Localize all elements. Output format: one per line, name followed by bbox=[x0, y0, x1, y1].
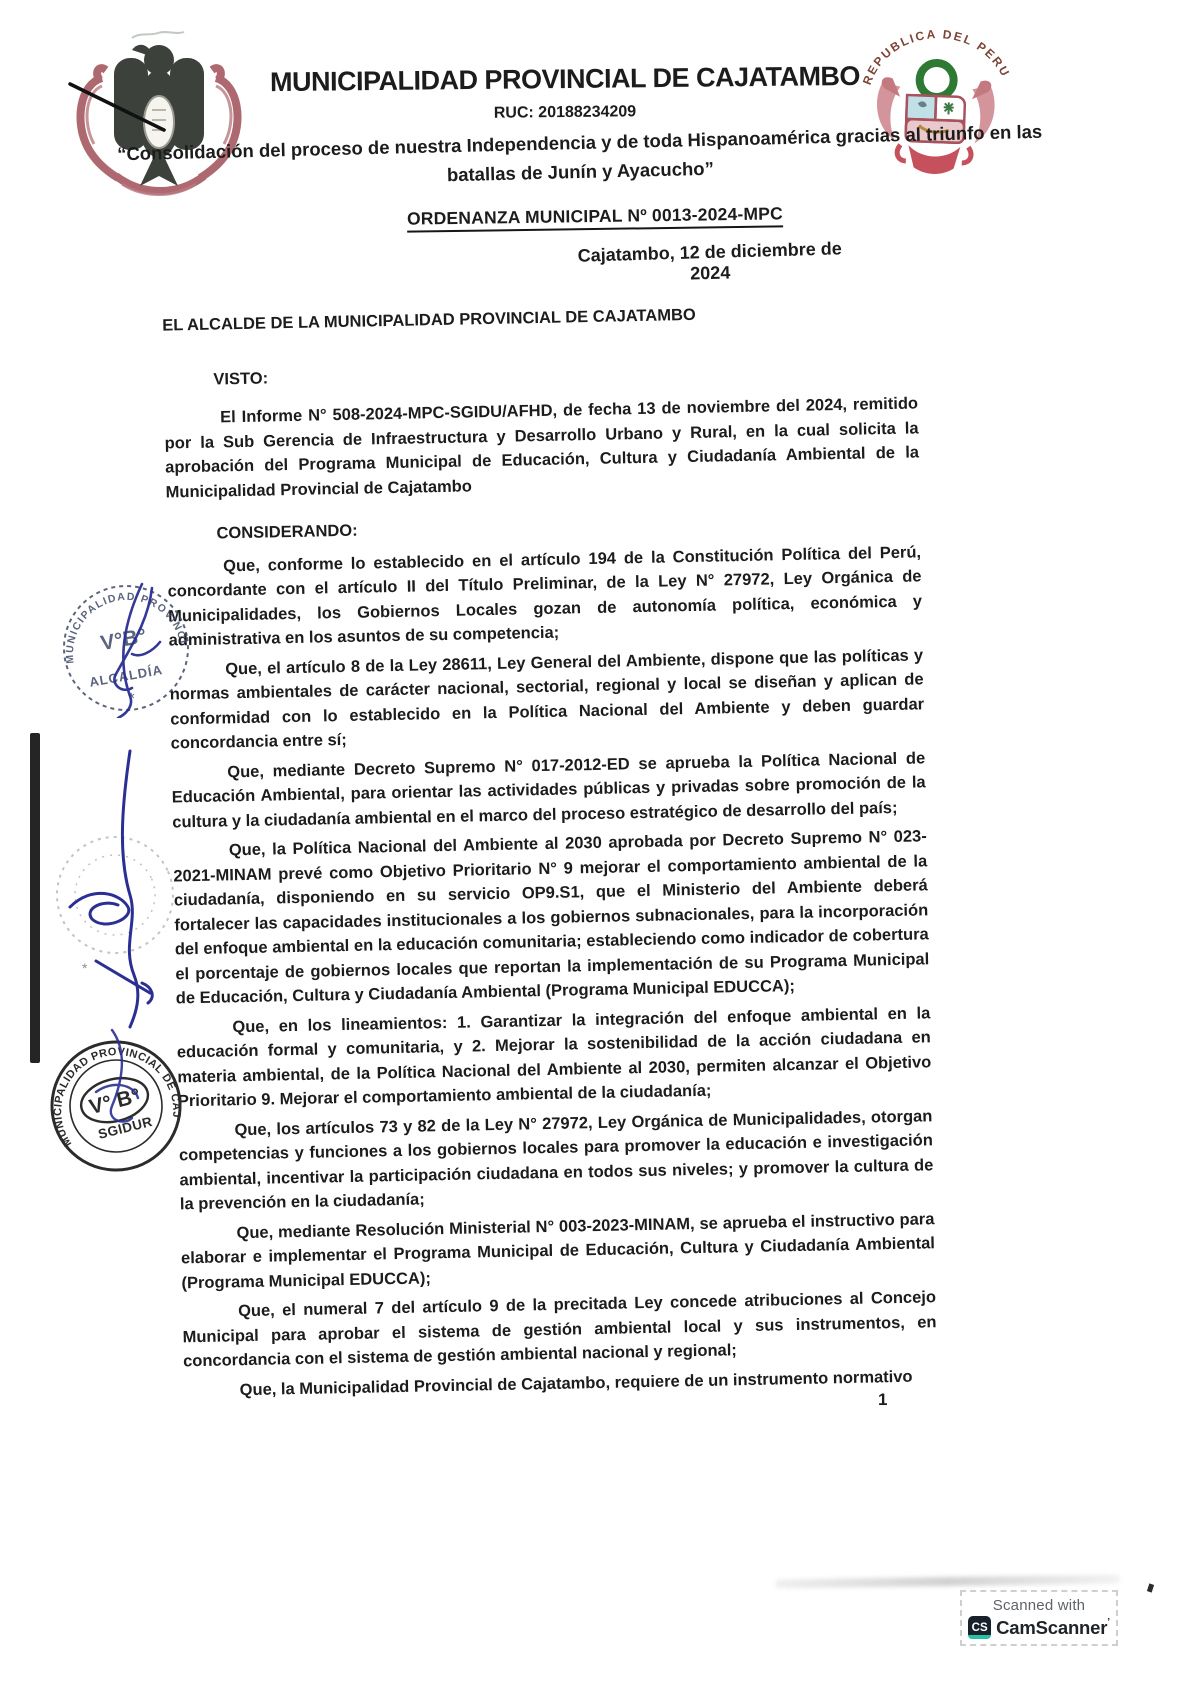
institution-title: MUNICIPALIDAD PROVINCIAL DE CAJATAMBO bbox=[240, 61, 890, 99]
visto-paragraph: El Informe N° 508-2024-MPC-SGIDU/AFHD, d… bbox=[164, 391, 920, 504]
addressee-line: EL ALCALDE DE LA MUNICIPALIDAD PROVINCIA… bbox=[162, 298, 916, 338]
signature-large bbox=[70, 751, 152, 1027]
considerando-paragraph: Que, en los lineamientos: 1. Garantizar … bbox=[176, 1001, 932, 1114]
considerando-paragraph: Que, mediante Resolución Ministerial N° … bbox=[180, 1207, 935, 1296]
camscanner-app-name: CamScanner’ bbox=[996, 1617, 1110, 1639]
faint-stamp-asterisk: * bbox=[82, 960, 88, 976]
ruc-number: RUC: 20188234209 bbox=[240, 101, 890, 126]
scanned-document-page: REPUBLICA DEL PERU MUNICIPALIDAD PROVINC… bbox=[0, 0, 1190, 1684]
dateline: Cajatambo, 12 de diciembre de 2024 bbox=[564, 238, 855, 288]
sgidur-stamp: MUNICIPALIDAD PROVINCIAL DE CAJATAMBO V°… bbox=[42, 1022, 190, 1190]
camscanner-watermark: Scanned with CS CamScanner’ bbox=[960, 1590, 1118, 1646]
scan-smudge-artifact bbox=[775, 1575, 1120, 1589]
scanned-with-label: Scanned with bbox=[993, 1597, 1085, 1614]
camscanner-logo-icon: CS bbox=[968, 1616, 991, 1639]
scan-edge-artifact bbox=[30, 733, 40, 1063]
signature-and-faint-stamp: * bbox=[30, 735, 220, 1035]
ordinance-title: ORDENANZA MUNICIPAL Nº 0013-2024-MPC bbox=[407, 203, 783, 232]
considerando-paragraph: Que, el numeral 7 del artículo 9 de la p… bbox=[182, 1285, 937, 1374]
visto-label: VISTO: bbox=[163, 353, 917, 393]
scan-speck-artifact bbox=[1147, 1583, 1154, 1592]
document-body: EL ALCALDE DE LA MUNICIPALIDAD PROVINCIA… bbox=[162, 298, 938, 1408]
considerando-paragraph: Que, el artículo 8 de la Ley 28611, Ley … bbox=[169, 643, 925, 756]
considerando-paragraph: Que, conforme lo establecido en el artíc… bbox=[167, 540, 923, 653]
page-number: 1 bbox=[878, 1390, 887, 1410]
considerando-label: CONSIDERANDO: bbox=[166, 507, 920, 547]
alcaldia-stamp: MUNICIPALIDAD PROVINCIAL V°B° ALCALDÍA * bbox=[56, 578, 196, 718]
considerando-paragraph: Que, los artículos 73 y 82 de la Ley N° … bbox=[178, 1104, 934, 1217]
considerando-paragraph: Que, la Política Nacional del Ambiente a… bbox=[173, 824, 930, 1011]
considerando-paragraph: Que, mediante Decreto Supremo N° 017-201… bbox=[171, 746, 926, 835]
